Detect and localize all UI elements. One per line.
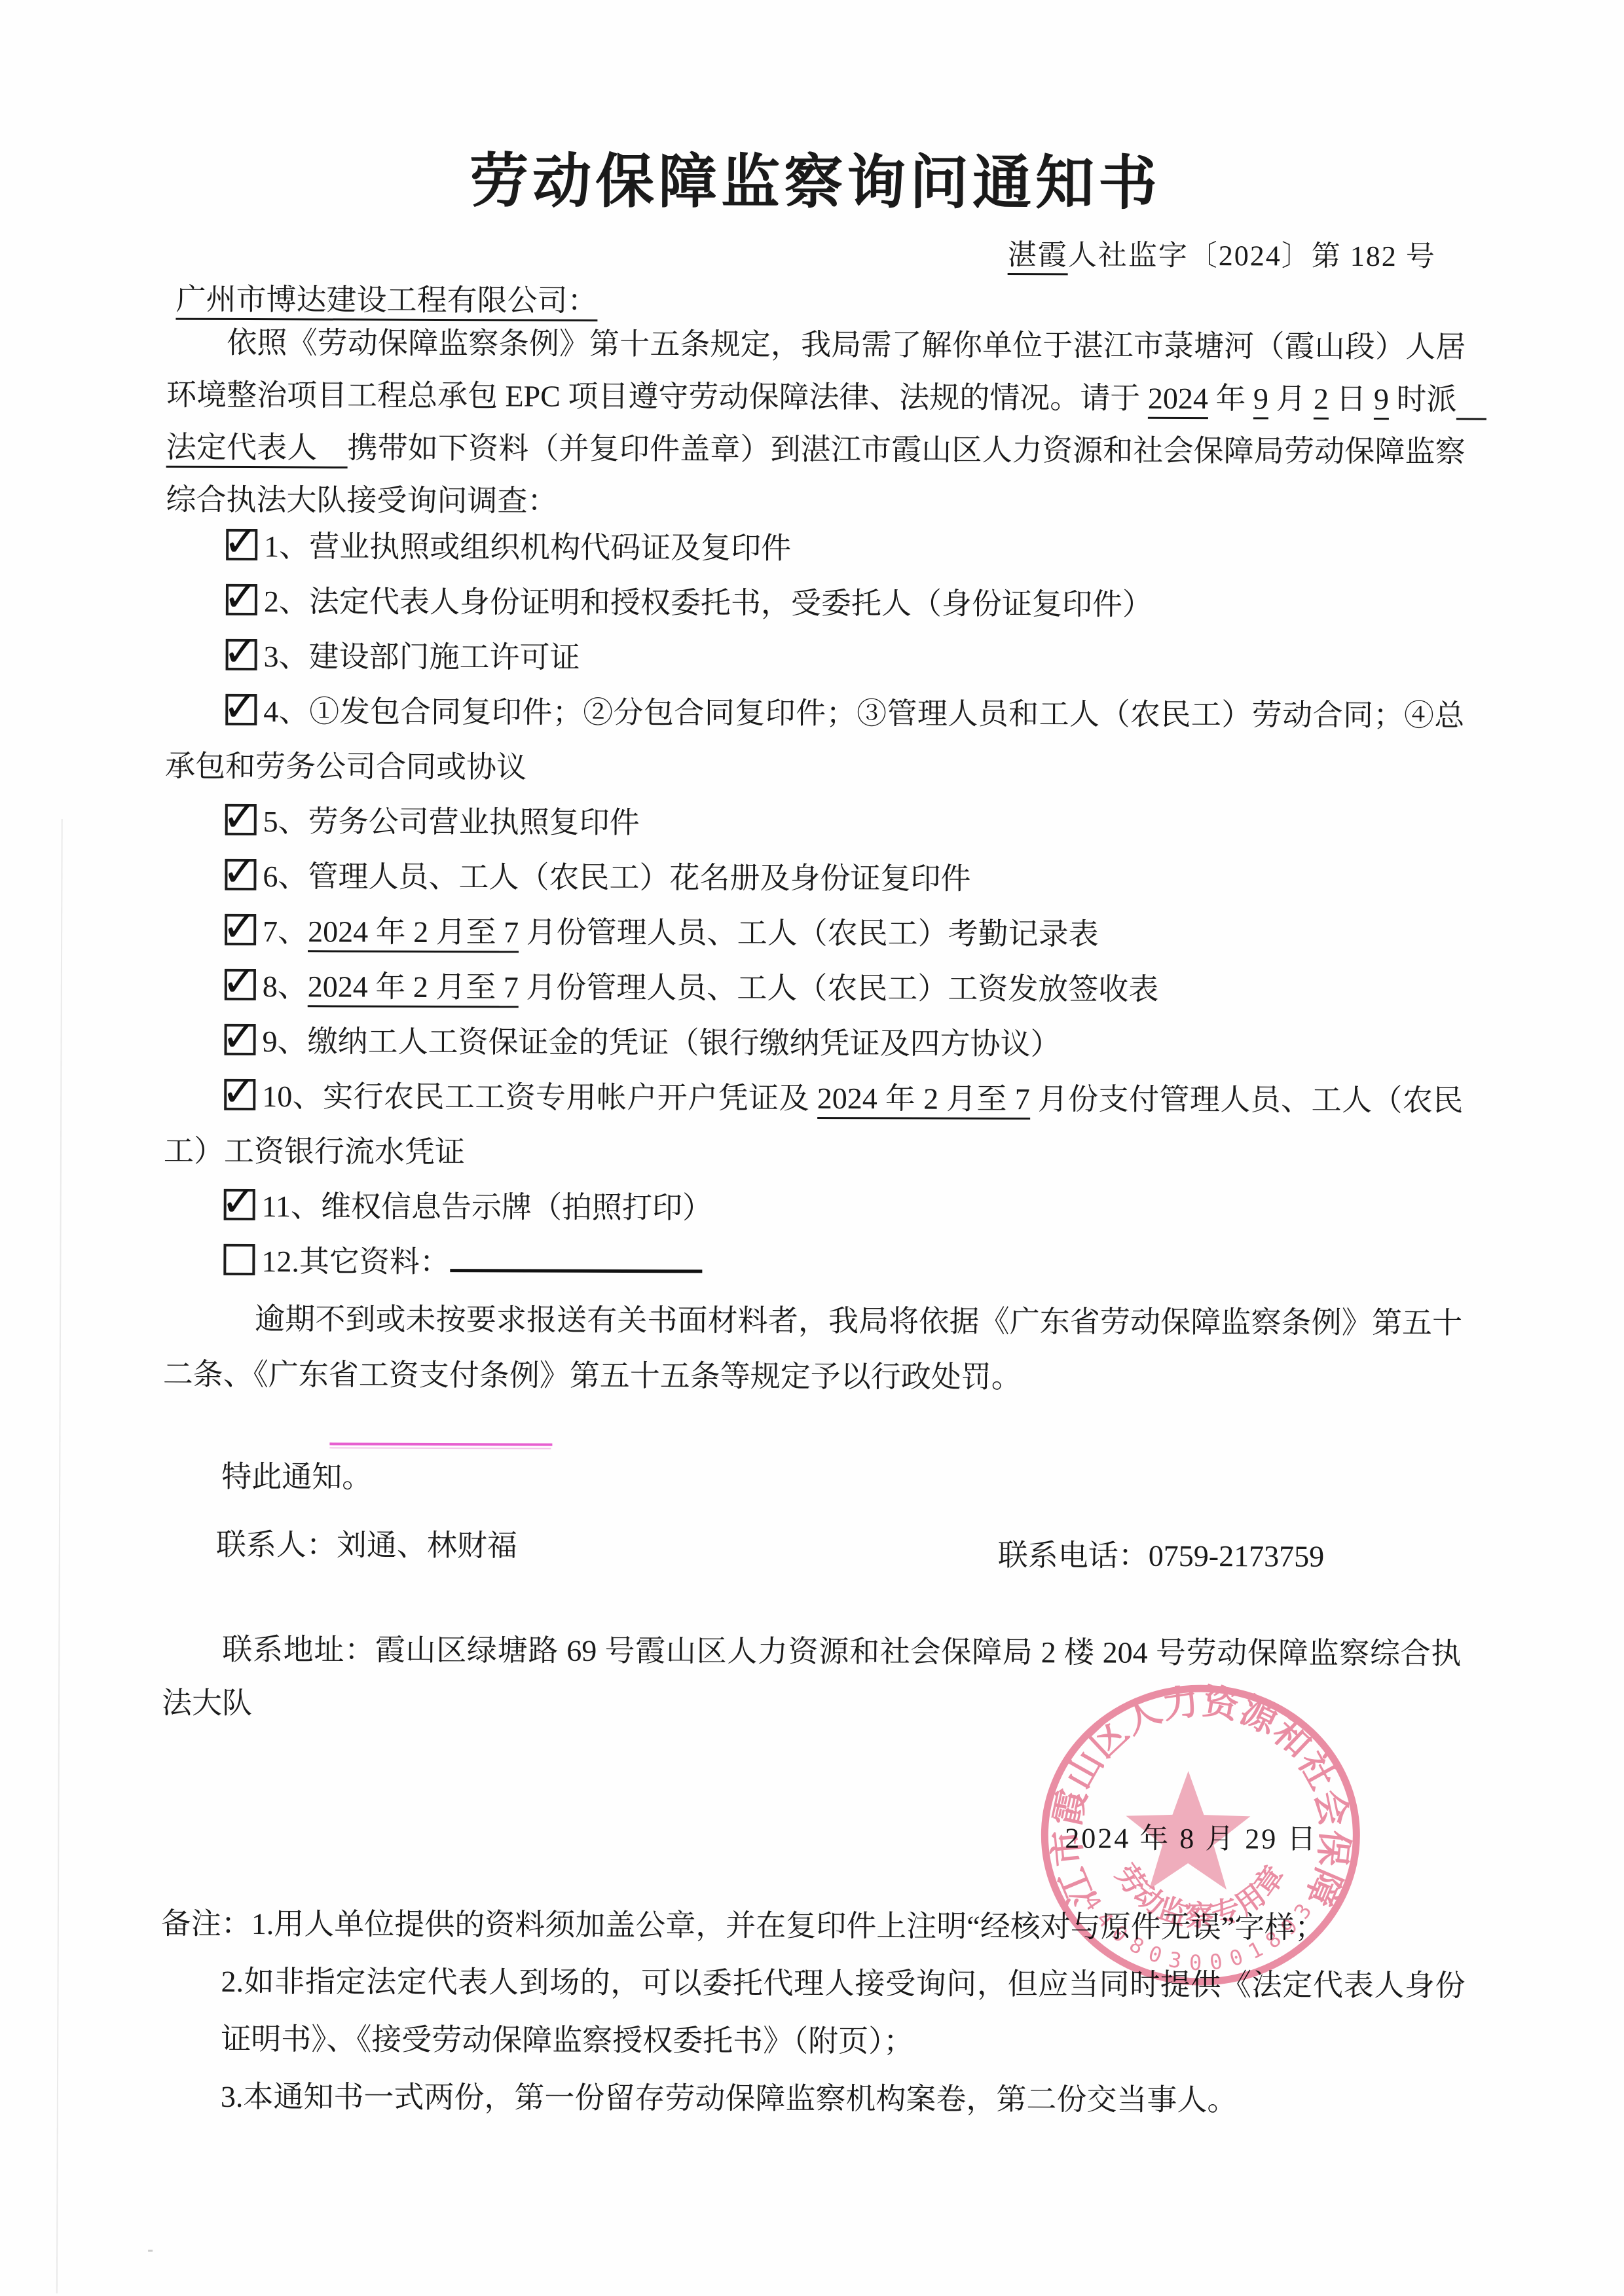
text-segment: 1.用人单位提供的资料须加盖公章，并在复印件上注明“经核对与原件无误”字样；	[251, 1907, 1325, 1944]
issue-date: 2024 年 8 月 29 日	[1065, 1814, 1318, 1857]
checklist-item: 5、劳务公司营业执照复印件	[165, 794, 1464, 854]
item-number: 7、	[263, 915, 308, 948]
closing-line: 特此通知。	[221, 1453, 372, 1497]
checkbox-unchecked-icon	[223, 1244, 255, 1275]
checkbox-checked-icon	[224, 1024, 255, 1055]
checklist-item: 3、建设部门施工许可证	[165, 629, 1464, 689]
checklist-item: 10、实行农民工工资专用帐户开户凭证及 2024 年 2 月至 7 月份支付管理…	[164, 1069, 1464, 1184]
text-segment: 缴纳工人工资保证金的凭证（银行缴纳凭证及四方协议）	[307, 1025, 1060, 1061]
contact-phone: 联系电话：0759-2173759	[998, 1531, 1325, 1576]
text-segment: 2	[1314, 382, 1329, 420]
text-segment: 月份管理人员、工人（农民工）工资发放签收表	[519, 970, 1159, 1006]
text-segment: 2024	[1148, 382, 1208, 419]
checklist-item: 4、①发包合同复印件；②分包合同复印件；③管理人员和工人（农民工）劳动合同；④总…	[165, 684, 1465, 799]
notice-body-paragraph: 依照《劳动保障监察条例》第十五条规定，我局需了解你单位于湛江市菉塘河（霞山段）人…	[166, 317, 1466, 531]
text-segment: 法定代表人身份证明和授权委托书，受委托人（身份证复印件）	[309, 585, 1153, 621]
checklist-item: 9、缴纳工人工资保证金的凭证（银行缴纳凭证及四方协议）	[164, 1014, 1463, 1074]
checklist: 1、营业执照或组织机构代码证及复印件2、法定代表人身份证明和授权委托书，受委托人…	[163, 519, 1465, 1294]
checklist-item: 2、法定代表人身份证明和授权委托书，受委托人（身份证复印件）	[166, 574, 1465, 634]
text-segment: 9	[1374, 382, 1389, 420]
text-segment: 2024 年 2 月至 7	[308, 970, 519, 1008]
text-segment: 实行农民工工资专用帐户开户凭证及	[323, 1080, 817, 1115]
notes-label: 备注：	[161, 1907, 251, 1941]
blank-fill-line	[450, 1237, 702, 1273]
checklist-item: 12.其它资料：	[163, 1234, 1462, 1294]
checkbox-checked-icon	[225, 804, 257, 835]
checklist-item: 11、维权信息告示牌（拍照打印）	[164, 1179, 1463, 1239]
item-number: 9、	[262, 1025, 307, 1058]
item-number: 10、	[262, 1080, 323, 1113]
item-number: 12.	[261, 1245, 299, 1278]
item-number: 6、	[263, 860, 308, 893]
penalty-paragraph: 逾期不到或未按要求报送有关书面材料者，我局将依据《广东省劳动保障监察条例》第五十…	[163, 1291, 1463, 1407]
document-title: 劳动保障监察询问通知书	[3, 132, 1624, 223]
text-segment: 年	[1208, 382, 1253, 415]
text-segment: 建设部门施工许可证	[309, 640, 580, 674]
text-segment: ①发包合同复印件；②分包合同复印件；③管理人员和工人（农民工）劳动合同；④总承包…	[165, 695, 1464, 784]
checkbox-checked-icon	[226, 529, 257, 560]
item-number: 4、	[263, 695, 309, 728]
pink-scan-artifact-line-shadow	[329, 1447, 551, 1449]
text-segment: 维权信息告示牌（拍照打印）	[321, 1190, 712, 1224]
item-number: 1、	[264, 530, 309, 563]
checkbox-checked-icon	[225, 694, 257, 725]
note-item: 2.如非指定法定代表人到场的，可以委托代理人接受询问，但应当同时提供《法定代表人…	[221, 1953, 1466, 2073]
recipient-line: 广州市博达建设工程有限公司：	[175, 276, 597, 320]
checkbox-checked-icon	[225, 914, 256, 945]
scan-speck-artifact	[148, 2250, 153, 2251]
checkbox-checked-icon	[226, 584, 257, 615]
item-number: 5、	[263, 805, 308, 838]
item-number: 11、	[262, 1190, 321, 1223]
text-segment: 湛霞	[1008, 239, 1068, 275]
checklist-item: 8、2024 年 2 月至 7 月份管理人员、工人（农民工）工资发放签收表	[164, 959, 1464, 1019]
checkbox-checked-icon	[224, 1079, 255, 1110]
reference-number: 湛霞人社监字〔2024〕第 182 号	[1008, 231, 1436, 274]
checkbox-checked-icon	[225, 969, 256, 1000]
scan-edge-artifact	[56, 819, 63, 2293]
text-segment: 劳务公司营业执照复印件	[308, 805, 640, 839]
text-segment: 月份管理人员、工人（农民工）考勤记录表	[519, 915, 1099, 951]
document-sheet: 劳动保障监察询问通知书 湛霞人社监字〔2024〕第 182 号 广州市博达建设工…	[0, 0, 1624, 2296]
contact-address: 联系地址：霞山区绿塘路 69 号霞山区人力资源和社会保障局 2 楼 204 号劳…	[162, 1623, 1462, 1735]
checkbox-checked-icon	[225, 859, 256, 890]
note-item: 3.本通知书一式两份，第一份留存劳动保障监察机构案卷，第二份交当事人。	[221, 2068, 1465, 2130]
text-segment: 管理人员、工人（农民工）花名册及身份证复印件	[308, 860, 970, 896]
text-segment: 广州市博达建设工程有限公司：	[175, 283, 597, 321]
text-segment: 人社监字〔2024〕第 182 号	[1068, 239, 1436, 272]
contact-person: 联系人：刘通、林财福	[216, 1521, 517, 1565]
checklist-item: 7、2024 年 2 月至 7 月份管理人员、工人（农民工）考勤记录表	[164, 904, 1464, 964]
item-number: 3、	[264, 640, 309, 673]
checklist-item: 1、营业执照或组织机构代码证及复印件	[166, 519, 1465, 579]
text-segment: 时派	[1389, 382, 1457, 416]
text-segment: 月	[1268, 382, 1314, 415]
notes-list: 备注：1.用人单位提供的资料须加盖公章，并在复印件上注明“经核对与原件无误”字样…	[160, 1895, 1466, 2130]
text-segment: 9	[1253, 382, 1268, 419]
note-item: 备注：1.用人单位提供的资料须加盖公章，并在复印件上注明“经核对与原件无误”字样…	[161, 1895, 1466, 1958]
text-segment: 2024 年 2 月至 7	[817, 1082, 1030, 1120]
notes-block: 备注：1.用人单位提供的资料须加盖公章，并在复印件上注明“经核对与原件无误”字样…	[160, 1895, 1466, 2130]
text-segment: 其它资料：	[299, 1245, 450, 1279]
text-segment: 日	[1329, 382, 1374, 416]
text-segment: 携带如下资料（并复印件盖章）到湛江市霞山区人力资源和社会保障局劳动保障监察综合执…	[166, 431, 1465, 518]
pink-scan-artifact-line	[329, 1442, 552, 1446]
text-segment: 2024 年 2 月至 7	[308, 915, 519, 953]
checkbox-checked-icon	[226, 639, 257, 670]
text-segment: 逾期不到或未按要求报送有关书面材料者，我局将依据《广东省劳动保障监察条例》第五十…	[163, 1302, 1462, 1394]
item-number: 2、	[264, 585, 309, 618]
scanned-notice-page: 劳动保障监察询问通知书 湛霞人社监字〔2024〕第 182 号 广州市博达建设工…	[0, 0, 1624, 2296]
checklist-item: 6、管理人员、工人（农民工）花名册及身份证复印件	[164, 849, 1464, 909]
text-segment: 营业执照或组织机构代码证及复印件	[309, 530, 791, 565]
item-number: 8、	[263, 970, 308, 1003]
checkbox-checked-icon	[224, 1189, 255, 1220]
